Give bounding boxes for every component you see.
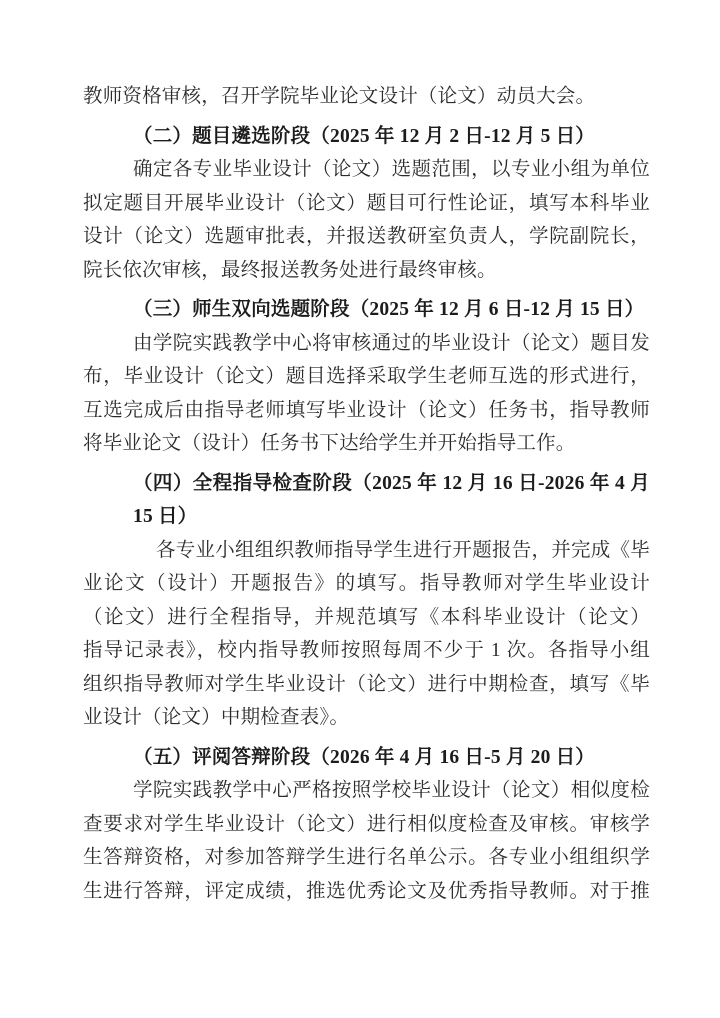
body-text-line: 生进行答辩，评定成绩，推选优秀论文及优秀指导教师。对于推 — [83, 875, 650, 909]
heading-stage-5-review-defense: （五）评阅答辩阶段（2026 年 4 月 16 日-5 月 20 日） — [83, 741, 650, 775]
body-text-line: 生答辩资格，对参加答辩学生进行名单公示。各专业小组组织学 — [83, 841, 650, 875]
body-text-line: （论文）进行全程指导，并规范填写《本科毕业设计（论文） — [83, 601, 650, 635]
body-text-line: 布，毕业设计（论文）题目选择采取学生老师互选的形式进行， — [83, 360, 650, 394]
body-text-line: 将毕业论文（设计）任务书下达给学生并开始指导工作。 — [83, 427, 650, 461]
body-text-line: 设计（论文）选题审批表，并报送教研室负责人，学院副院长， — [83, 220, 650, 254]
body-text-line: 指导记录表》，校内指导教师按照每周不少于 1 次。各指导小组 — [83, 634, 650, 668]
heading-stage-4-guidance-check: （四）全程指导检查阶段（2025 年 12 月 16 日-2026 年 4 月 — [83, 467, 650, 501]
body-text-line: 确定各专业毕业设计（论文）选题范围，以专业小组为单位 — [83, 153, 650, 187]
body-text-line: 互选完成后由指导老师填写毕业设计（论文）任务书，指导教师 — [83, 394, 650, 428]
body-text-line: 学院实践教学中心严格按照学校毕业设计（论文）相似度检 — [83, 774, 650, 808]
document-page: 教师资格审核，召开学院毕业论文设计（论文）动员大会。 （二）题目遴选阶段（202… — [0, 0, 720, 1018]
heading-stage-4-continuation: 15 日） — [83, 500, 650, 534]
heading-stage-3-mutual-selection: （三）师生双向选题阶段（2025 年 12 月 6 日-12 月 15 日） — [83, 293, 650, 327]
heading-stage-2-topic-shortlist: （二）题目遴选阶段（2025 年 12 月 2 日-12 月 5 日） — [83, 120, 650, 154]
paragraph-continuation-line: 教师资格审核，召开学院毕业论文设计（论文）动员大会。 — [83, 80, 650, 114]
body-text-line: 各专业小组组织教师指导学生进行开题报告，并完成《毕 — [83, 534, 650, 568]
body-text-line: 院长依次审核，最终报送教务处进行最终审核。 — [83, 254, 650, 288]
body-text-line: 组织指导教师对学生毕业设计（论文）进行中期检查，填写《毕 — [83, 668, 650, 702]
body-text-line: 业论文（设计）开题报告》的填写。指导教师对学生毕业设计 — [83, 567, 650, 601]
body-text-line: 业设计（论文）中期检查表》。 — [83, 701, 650, 735]
body-text-line: 查要求对学生毕业设计（论文）进行相似度检查及审核。审核学 — [83, 808, 650, 842]
body-text-line: 由学院实践教学中心将审核通过的毕业设计（论文）题目发 — [83, 327, 650, 361]
body-text-line: 拟定题目开展毕业设计（论文）题目可行性论证，填写本科毕业 — [83, 187, 650, 221]
